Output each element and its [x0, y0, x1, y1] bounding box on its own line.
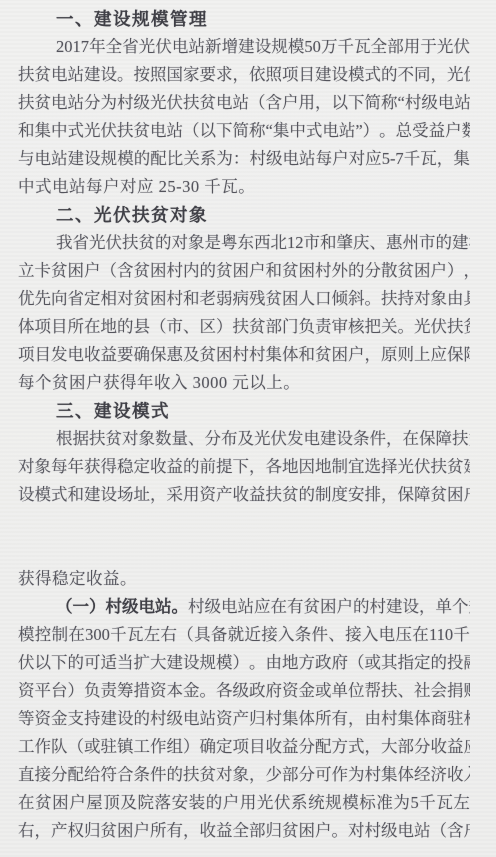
text-line: 直接分配给符合条件的扶贫对象，少部分可作为村集体经济收入。	[18, 761, 470, 789]
page-break-gap	[18, 509, 470, 565]
text-line: 立卡贫困户（含贫困村内的贫困户和贫困村外的分散贫困户），	[18, 257, 470, 285]
text-line: 资平台）负责筹措资本金。各级政府资金或单位帮扶、社会捐赠	[18, 677, 470, 705]
text-line: 我省光伏扶贫的对象是粤东西北12市和肇庆、惠州市的建档	[18, 229, 470, 257]
text-line: 工作队（或驻镇工作组）确定项目收益分配方式，大部分收益应	[18, 733, 470, 761]
text-line: 右，产权归贫困户所有，收益全部归贫困户。对村级电站（含户	[18, 817, 470, 845]
text-line: 项目发电收益要确保惠及贫困村村集体和贫困户，原则上应保障	[18, 341, 470, 369]
section-heading: 一、建设规模管理	[18, 5, 470, 33]
text-line: 每个贫困户获得年收入 3000 元以上。	[18, 369, 470, 397]
text-line: 设模式和建设场址，采用资产收益扶贫的制度安排，保障贫困户	[18, 481, 470, 509]
text-line: 和集中式光伏扶贫电站（以下简称“集中式电站”）。总受益户数	[18, 117, 470, 145]
text-line: 中式电站每户对应 25-30 千瓦。	[18, 173, 470, 201]
text-line: 优先向省定相对贫困村和老弱病残贫困人口倾斜。扶持对象由具	[18, 285, 470, 313]
text-line: 获得稳定收益。	[18, 565, 470, 593]
text-line: 2017年全省光伏电站新增建设规模50万千瓦全部用于光伏	[18, 33, 470, 61]
text-line: 与电站建设规模的配比关系为：村级电站每户对应5-7千瓦，集	[18, 145, 470, 173]
text-line: 等资金支持建设的村级电站资产归村集体所有，由村集体商驻村	[18, 705, 470, 733]
text-line: 根据扶贫对象数量、分布及光伏发电建设条件，在保障扶贫	[18, 425, 470, 453]
text-line: 在贫困户屋顶及院落安装的户用光伏系统规模标准为5千瓦左	[18, 789, 470, 817]
text-line: 体项目所在地的县（市、区）扶贫部门负责审核把关。光伏扶贫	[18, 313, 470, 341]
text-line: 扶贫电站分为村级光伏扶贫电站（含户用，以下简称“村级电站”）	[18, 89, 470, 117]
text-line: （一）村级电站。村级电站应在有贫困户的村建设，单个规	[18, 593, 470, 621]
section-heading: 三、建设模式	[18, 397, 470, 425]
text-line: 伏以下的可适当扩大建设规模）。由地方政府（或其指定的投融	[18, 649, 470, 677]
text-line: 扶贫电站建设。按照国家要求，依照项目建设模式的不同，光伏	[18, 61, 470, 89]
section-heading: 二、光伏扶贫对象	[18, 201, 470, 229]
text-line: 对象每年获得稳定收益的前提下，各地因地制宜选择光伏扶贫建	[18, 453, 470, 481]
text-line: 模控制在300千瓦左右（具备就近接入条件、接入电压在110千	[18, 621, 470, 649]
document-page: 一、建设规模管理2017年全省光伏电站新增建设规模50万千瓦全部用于光伏扶贫电站…	[0, 0, 496, 857]
